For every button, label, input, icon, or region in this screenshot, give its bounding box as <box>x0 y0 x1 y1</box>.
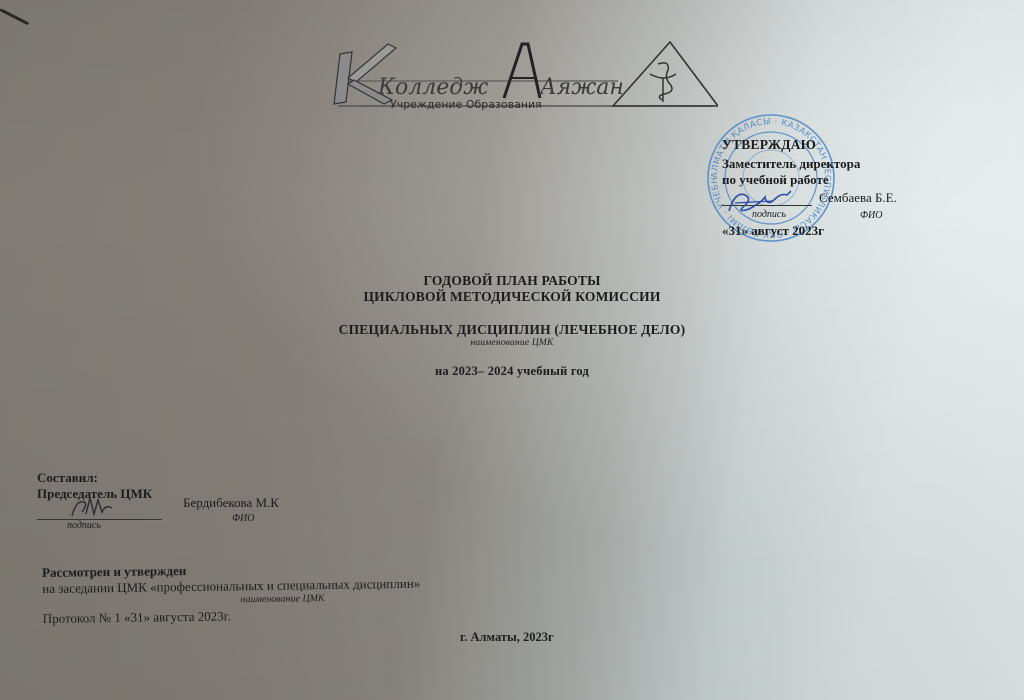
reviewed-caption: наименование ЦМК <box>240 591 324 608</box>
title-line-2: ЦИКЛОВОЙ МЕТОДИЧЕСКОЙ КОМИССИИ <box>0 289 1024 305</box>
logo-name-word: Аяжан <box>538 75 624 100</box>
compiler-name: Бердибекова М.К <box>183 495 279 511</box>
compiled-by-block: Составил: Председатель ЦМК Бердибекова М… <box>37 470 152 502</box>
title-line-3: СПЕЦИАЛЬНЫХ ДИСЦИПЛИН (ЛЕЧЕБНОЕ ДЕЛО) <box>0 322 1024 338</box>
fio-caption: ФИО <box>232 511 255 527</box>
title-line-1: ГОДОВОЙ ПЛАН РАБОТЫ <box>0 273 1024 289</box>
signature-line <box>722 205 812 206</box>
protocol-line: Протокол № 1 «31» августа 2023г. <box>43 606 421 627</box>
signature-caption: подпись <box>67 518 101 534</box>
college-logo: Колледж Аяжан Учреждение Образования <box>318 38 718 112</box>
fio-caption: ФИО <box>860 208 883 224</box>
document-title-block: ГОДОВОЙ ПЛАН РАБОТЫ ЦИКЛОВОЙ МЕТОДИЧЕСКО… <box>0 273 1024 379</box>
logo-college-word: Колледж <box>377 75 488 100</box>
title-caption: наименование ЦМК <box>0 338 1024 349</box>
approval-position: Заместитель директора <box>722 156 942 172</box>
approval-block: УТВЕРЖДАЮ Заместитель директора по учебн… <box>722 137 942 239</box>
pen-mark <box>0 8 29 25</box>
approver-name: Сембаева Б.Е. <box>819 190 897 206</box>
approval-title: УТВЕРЖДАЮ <box>722 137 942 153</box>
academic-year: на 2023– 2024 учебный год <box>0 363 1024 379</box>
approval-date: «31» август 2023г <box>722 223 942 239</box>
logo-subtitle: Учреждение Образования <box>390 98 542 111</box>
approval-position-2: по учебной работе <box>722 172 942 188</box>
reviewed-block: Рассмотрен и утвержден на заседании ЦМК … <box>42 560 421 627</box>
compiled-role: Председатель ЦМК <box>37 486 152 502</box>
signature-caption: подпись <box>752 207 786 223</box>
compiled-label: Составил: <box>37 470 152 486</box>
city-year: г. Алматы, 2023г <box>460 630 554 645</box>
